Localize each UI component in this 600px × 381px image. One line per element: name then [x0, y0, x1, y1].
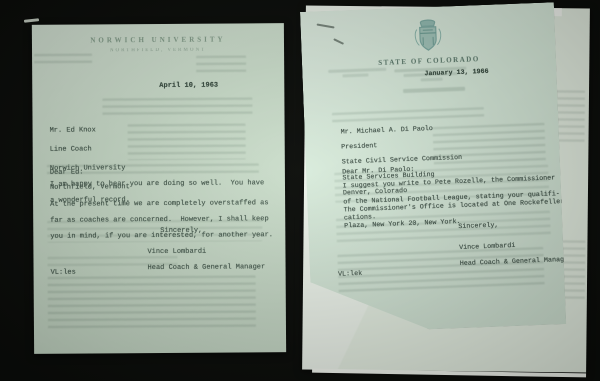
staple-mark — [317, 24, 335, 29]
body-line: far as coaches are concerned. However, I… — [50, 215, 268, 225]
recipient-line: Mr. Michael A. Di Paolo — [341, 125, 434, 137]
salutation: Dear Ed: — [50, 169, 84, 177]
closing: Sincerely, — [160, 227, 202, 235]
signature-title: Head Coach & General Manager — [148, 263, 266, 272]
recipient-line: Line Coach — [50, 145, 92, 153]
ghost-text — [403, 87, 465, 93]
date-line: January 13, 1966 — [424, 68, 488, 78]
photo-of-letters: NORWICH UNIVERSITY NORTHFIELD, VERMONT A… — [0, 0, 600, 381]
signature-block: Vince Lombardi Head Coach & General Mana… — [459, 240, 572, 268]
body-line: I am happy to hear you are doing so well… — [50, 179, 264, 188]
officer-name-block — [342, 73, 368, 77]
ghost-text — [128, 123, 246, 160]
typist-initials: VL:lek — [338, 270, 362, 279]
recipient-line: Mr. Ed Knox — [50, 126, 96, 134]
colorado-crest-icon — [412, 17, 443, 54]
typist-initials: VL:les — [51, 269, 76, 277]
signature-name: Vince Lombardi — [147, 248, 206, 256]
ghost-text — [196, 55, 246, 72]
letter-stack-right: STATE OF COLORADO January 13, 1966 Mr. M… — [300, 4, 596, 378]
ghost-text — [102, 97, 252, 119]
ghost-text — [34, 53, 92, 66]
body-line: At the present time we are completely ov… — [50, 199, 268, 209]
signature-block: Vince Lombardi Head Coach & General Mana… — [147, 247, 265, 272]
closing: Sincerely, — [458, 222, 498, 232]
ghost-text — [48, 275, 256, 332]
paper-corner-fragment — [24, 18, 39, 23]
recipient-line: State Civil Service Commission — [342, 154, 463, 167]
staple-mark — [333, 38, 344, 45]
norwich-letterhead-name: NORWICH UNIVERSITY — [32, 35, 284, 45]
letter-norwich-1963: NORWICH UNIVERSITY NORTHFIELD, VERMONT A… — [32, 23, 286, 354]
sheet-edge — [312, 369, 586, 378]
ghost-text — [332, 107, 484, 126]
date-line: April 10, 1963 — [159, 82, 218, 90]
letter-colorado-1966: STATE OF COLORADO January 13, 1966 Mr. M… — [300, 2, 566, 334]
recipient-line: President — [341, 142, 377, 151]
signature-name: Vince Lombardi — [459, 242, 515, 252]
